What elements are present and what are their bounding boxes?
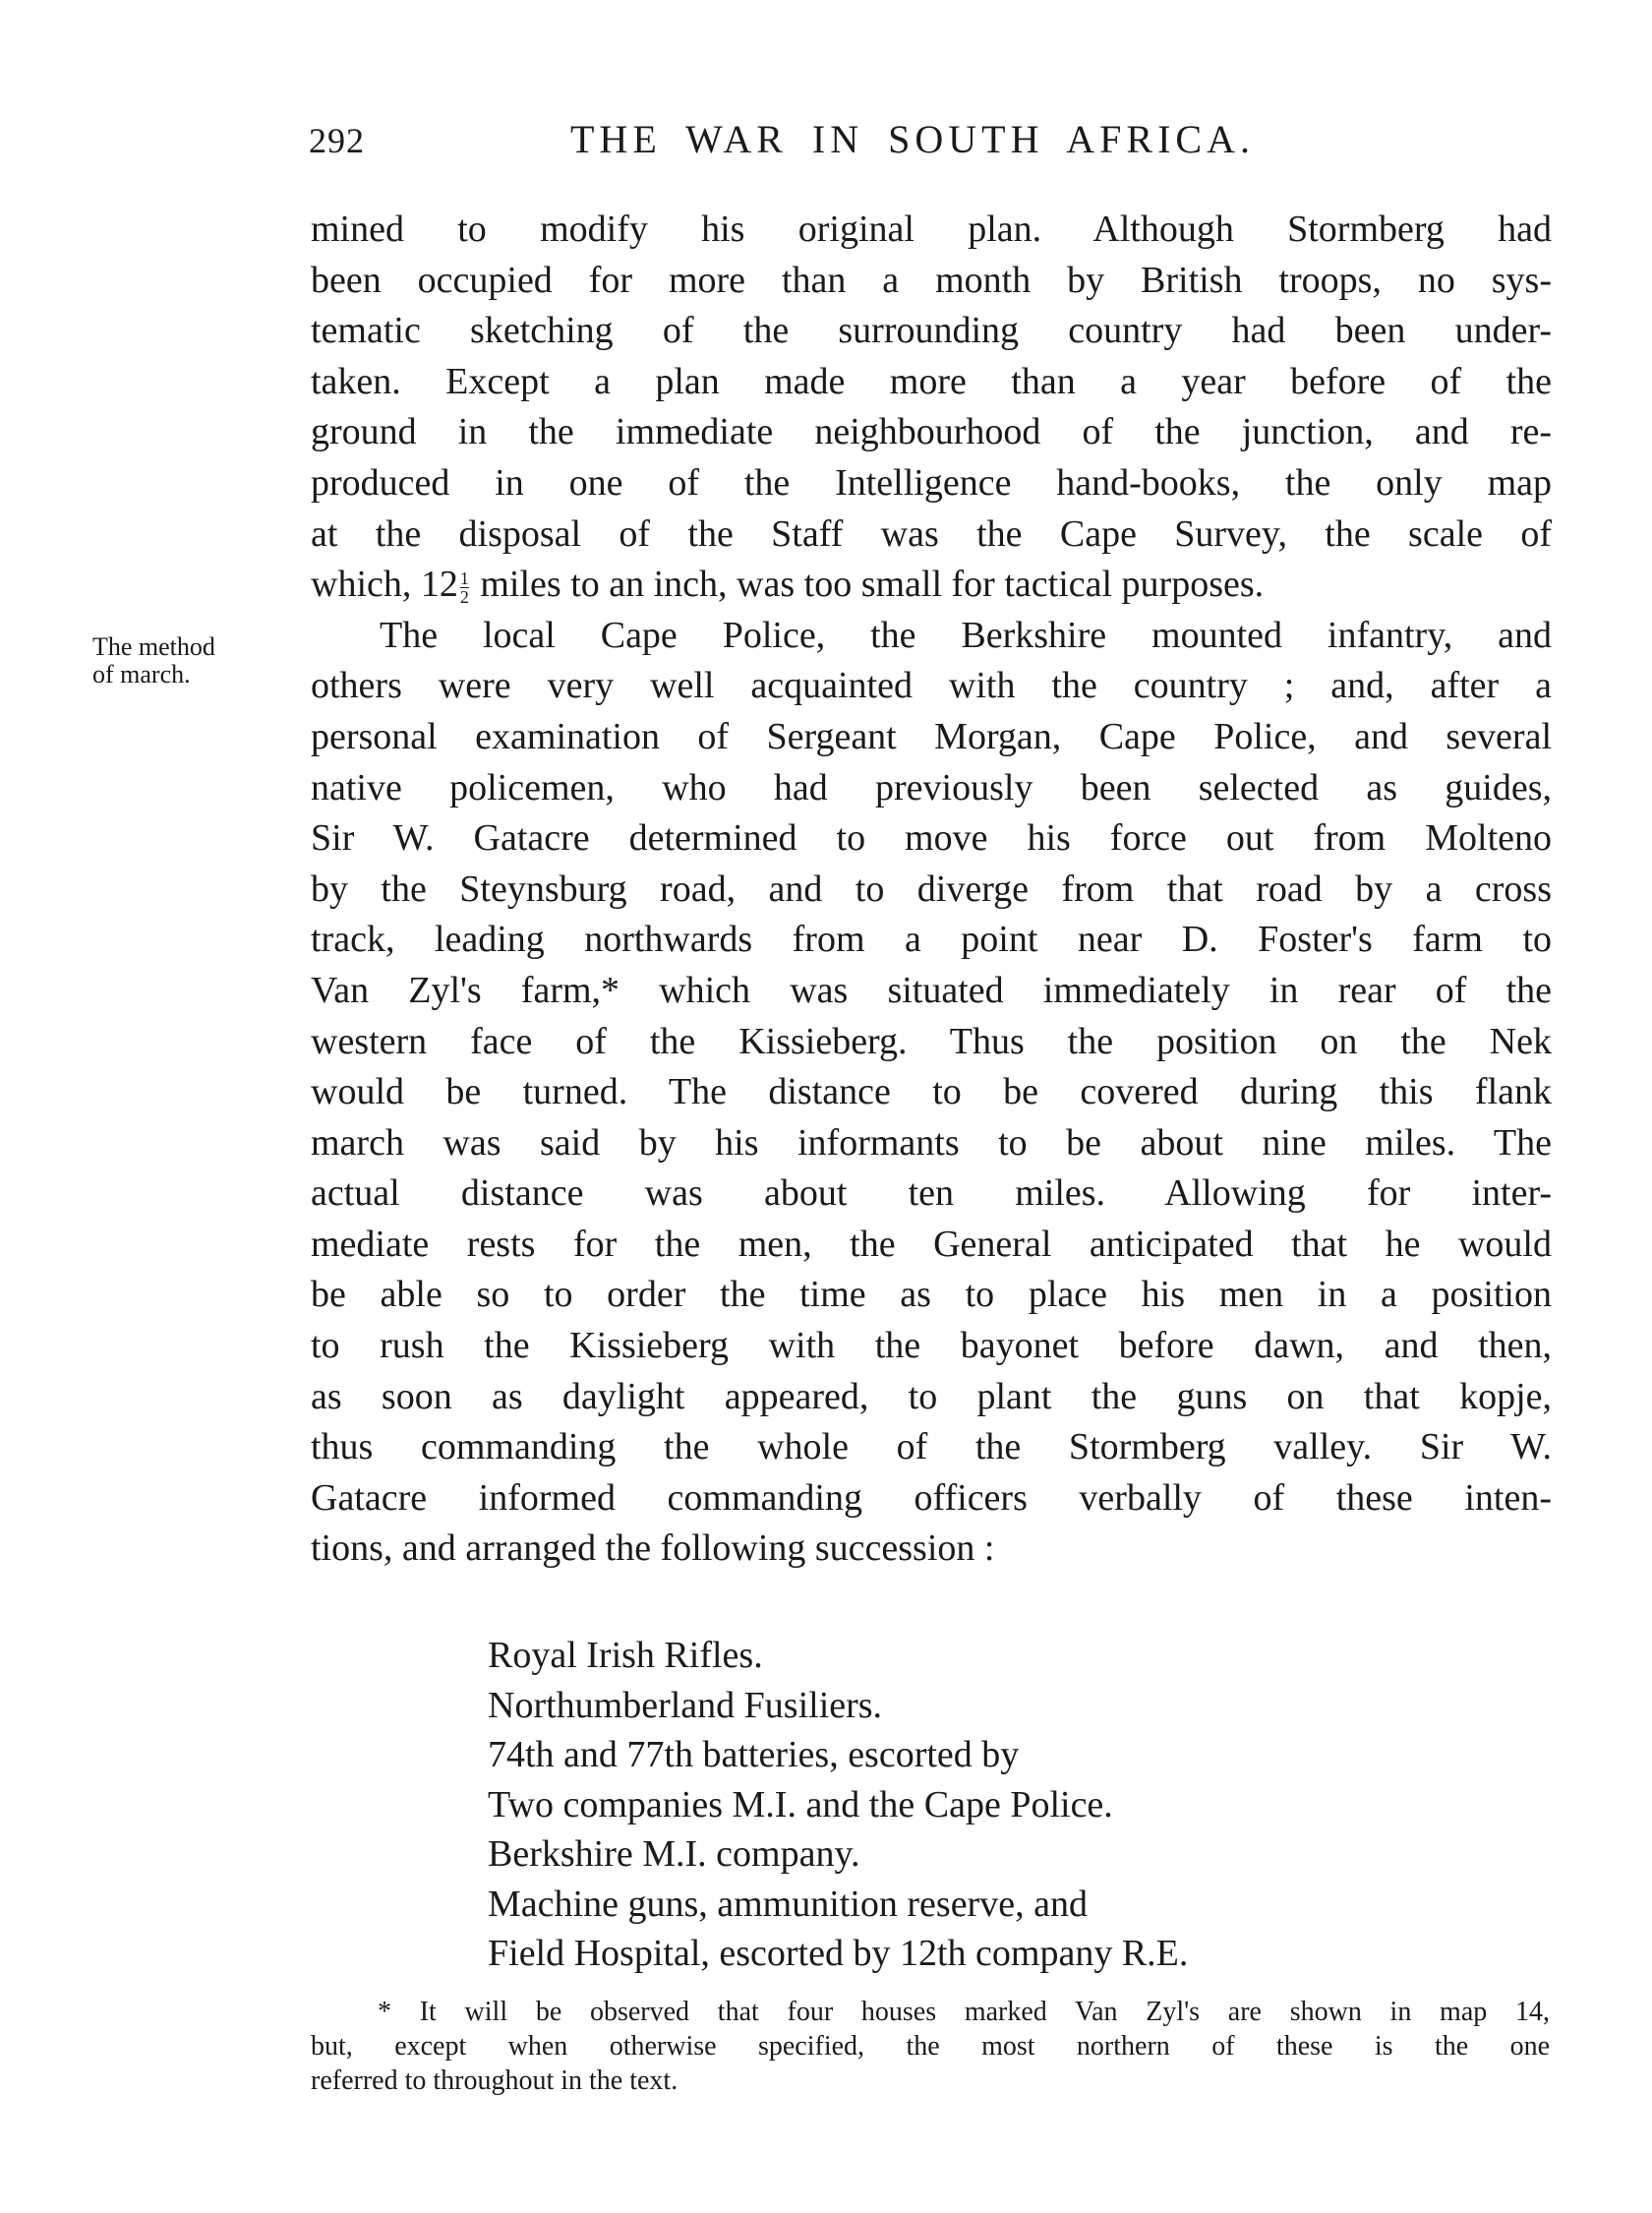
text-line: been occupied for more than a month by B… xyxy=(311,256,1552,307)
text-line: native policemen, who had previously bee… xyxy=(311,763,1552,814)
text-line: march was said by his informants to be a… xyxy=(311,1118,1552,1169)
text-line: others were very well acquainted with th… xyxy=(311,661,1552,712)
body-text: mined to modify his original plan. Altho… xyxy=(311,205,1552,1575)
fraction-denominator: 2 xyxy=(460,588,469,606)
paragraph-1: mined to modify his original plan. Altho… xyxy=(311,205,1552,611)
text-line: which, 1212 miles to an inch, was too sm… xyxy=(311,560,1552,611)
footnote-line: but, except when otherwise specified, th… xyxy=(311,2029,1550,2063)
text-line: by the Steynsburg road, and to diverge f… xyxy=(311,865,1552,916)
text-line: western face of the Kissieberg. Thus the… xyxy=(311,1017,1552,1068)
list-item: Field Hospital, escorted by 12th company… xyxy=(488,1929,1188,1979)
text-line: thus commanding the whole of the Stormbe… xyxy=(311,1422,1552,1473)
list-item: Royal Irish Rifles. xyxy=(488,1631,1188,1681)
text-line: taken. Except a plan made more than a ye… xyxy=(311,357,1552,408)
text-line: Van Zyl's farm,* which was situated imme… xyxy=(311,966,1552,1017)
text-line: tematic sketching of the surrounding cou… xyxy=(311,306,1552,357)
margin-note-line: The method xyxy=(92,633,215,661)
text-fragment: miles to an inch, was too small for tact… xyxy=(471,564,1264,605)
text-line: actual distance was about ten miles. All… xyxy=(311,1168,1552,1220)
text-line: be able so to order the time as to place… xyxy=(311,1270,1552,1321)
text-fragment: which, 12 xyxy=(311,564,458,605)
list-item: Machine guns, ammunition reserve, and xyxy=(488,1880,1188,1930)
footnote: * It will be observed that four houses m… xyxy=(311,1995,1550,2098)
text-line: Gatacre informed commanding officers ver… xyxy=(311,1473,1552,1525)
running-title: THE WAR IN SOUTH AFRICA. xyxy=(570,116,1255,162)
text-line: produced in one of the Intelligence hand… xyxy=(311,458,1552,509)
text-line: The local Cape Police, the Berkshire mou… xyxy=(311,611,1552,662)
text-line: ground in the immediate neighbourhood of… xyxy=(311,407,1552,458)
list-item: 74th and 77th batteries, escorted by xyxy=(488,1730,1188,1780)
fraction-numerator: 1 xyxy=(460,569,469,588)
text-line: Sir W. Gatacre determined to move his fo… xyxy=(311,813,1552,865)
text-line: would be turned. The distance to be cove… xyxy=(311,1067,1552,1118)
footnote-line: * It will be observed that four houses m… xyxy=(311,1995,1550,2029)
text-line: to rush the Kissieberg with the bayonet … xyxy=(311,1321,1552,1372)
text-line: mediate rests for the men, the General a… xyxy=(311,1220,1552,1271)
book-page: 292 THE WAR IN SOUTH AFRICA. The method … xyxy=(0,0,1652,2213)
page-number: 292 xyxy=(309,120,365,161)
text-line: track, leading northwards from a point n… xyxy=(311,915,1552,966)
succession-list: Royal Irish Rifles. Northumberland Fusil… xyxy=(488,1631,1188,1979)
list-item: Northumberland Fusiliers. xyxy=(488,1681,1188,1731)
text-line: mined to modify his original plan. Altho… xyxy=(311,205,1552,256)
text-line: as soon as daylight appeared, to plant t… xyxy=(311,1372,1552,1423)
footnote-line: referred to throughout in the text. xyxy=(311,2063,1550,2098)
text-line: at the disposal of the Staff was the Cap… xyxy=(311,509,1552,561)
list-item: Two companies M.I. and the Cape Police. xyxy=(488,1780,1188,1830)
list-item: Berkshire M.I. company. xyxy=(488,1829,1188,1880)
text-line: tions, and arranged the following succes… xyxy=(311,1524,1552,1575)
paragraph-2: The local Cape Police, the Berkshire mou… xyxy=(311,611,1552,1575)
text-line: personal examination of Sergeant Morgan,… xyxy=(311,712,1552,763)
margin-note-line: of march. xyxy=(92,661,215,688)
margin-note: The method of march. xyxy=(92,633,215,688)
fraction-one-half: 12 xyxy=(460,569,469,606)
